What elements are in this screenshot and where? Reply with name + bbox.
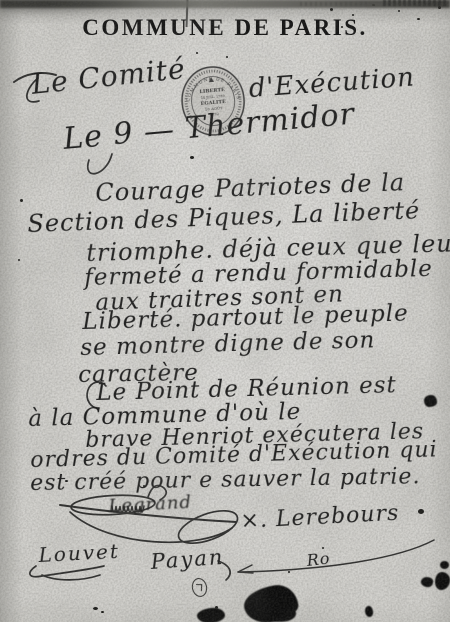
- ink-speck: [101, 611, 104, 613]
- photo-corner-smudge: [0, 0, 150, 16]
- ink-speck: [190, 156, 194, 159]
- ink-speck: [330, 8, 333, 11]
- ink-blot: [435, 572, 450, 590]
- ink-speck: [398, 10, 400, 12]
- ink-speck: [215, 606, 218, 609]
- ink-speck: [143, 485, 145, 487]
- signature-lerebours: ×. Lerebours: [240, 502, 400, 533]
- body-line: est créé pour e sauver la patrie.: [30, 465, 421, 495]
- ink-blot: [363, 605, 374, 618]
- signature-robespierre-fragment: Ro: [306, 551, 331, 570]
- scanned-letter-page: COMMUNE DE PARIS. COMMUNE DE PARIS LIBER…: [0, 0, 450, 622]
- illegible-print-fragment: [383, 0, 447, 6]
- signature-payan: Payan: [150, 546, 225, 573]
- ink-speck: [196, 52, 198, 54]
- page-title: COMMUNE DE PARIS.: [0, 15, 450, 41]
- ink-speck: [341, 26, 343, 28]
- ink-speck: [20, 199, 23, 202]
- signature-louvet: Louvet: [38, 541, 120, 566]
- ink-speck: [65, 480, 68, 482]
- ink-speck: [226, 56, 228, 58]
- ink-speck: [352, 14, 354, 16]
- handwritten-committee-left: Le Comité: [30, 54, 187, 99]
- circled-ink-mark: [190, 577, 209, 599]
- ink-speck: [288, 571, 290, 573]
- ink-speck: [18, 259, 20, 261]
- ink-blot: [196, 607, 225, 622]
- signature-legrand: Legrand: [108, 494, 192, 517]
- ink-speck: [418, 509, 424, 514]
- illegible-print-fragment: [300, 2, 370, 6]
- ink-speck: [417, 18, 420, 20]
- ink-blot: [424, 395, 437, 407]
- body-line: se montre digne de son: [80, 328, 376, 360]
- ink-blot: [440, 561, 449, 569]
- ink-blot: [420, 576, 434, 589]
- ink-speck: [322, 547, 324, 549]
- ink-speck: [93, 607, 98, 610]
